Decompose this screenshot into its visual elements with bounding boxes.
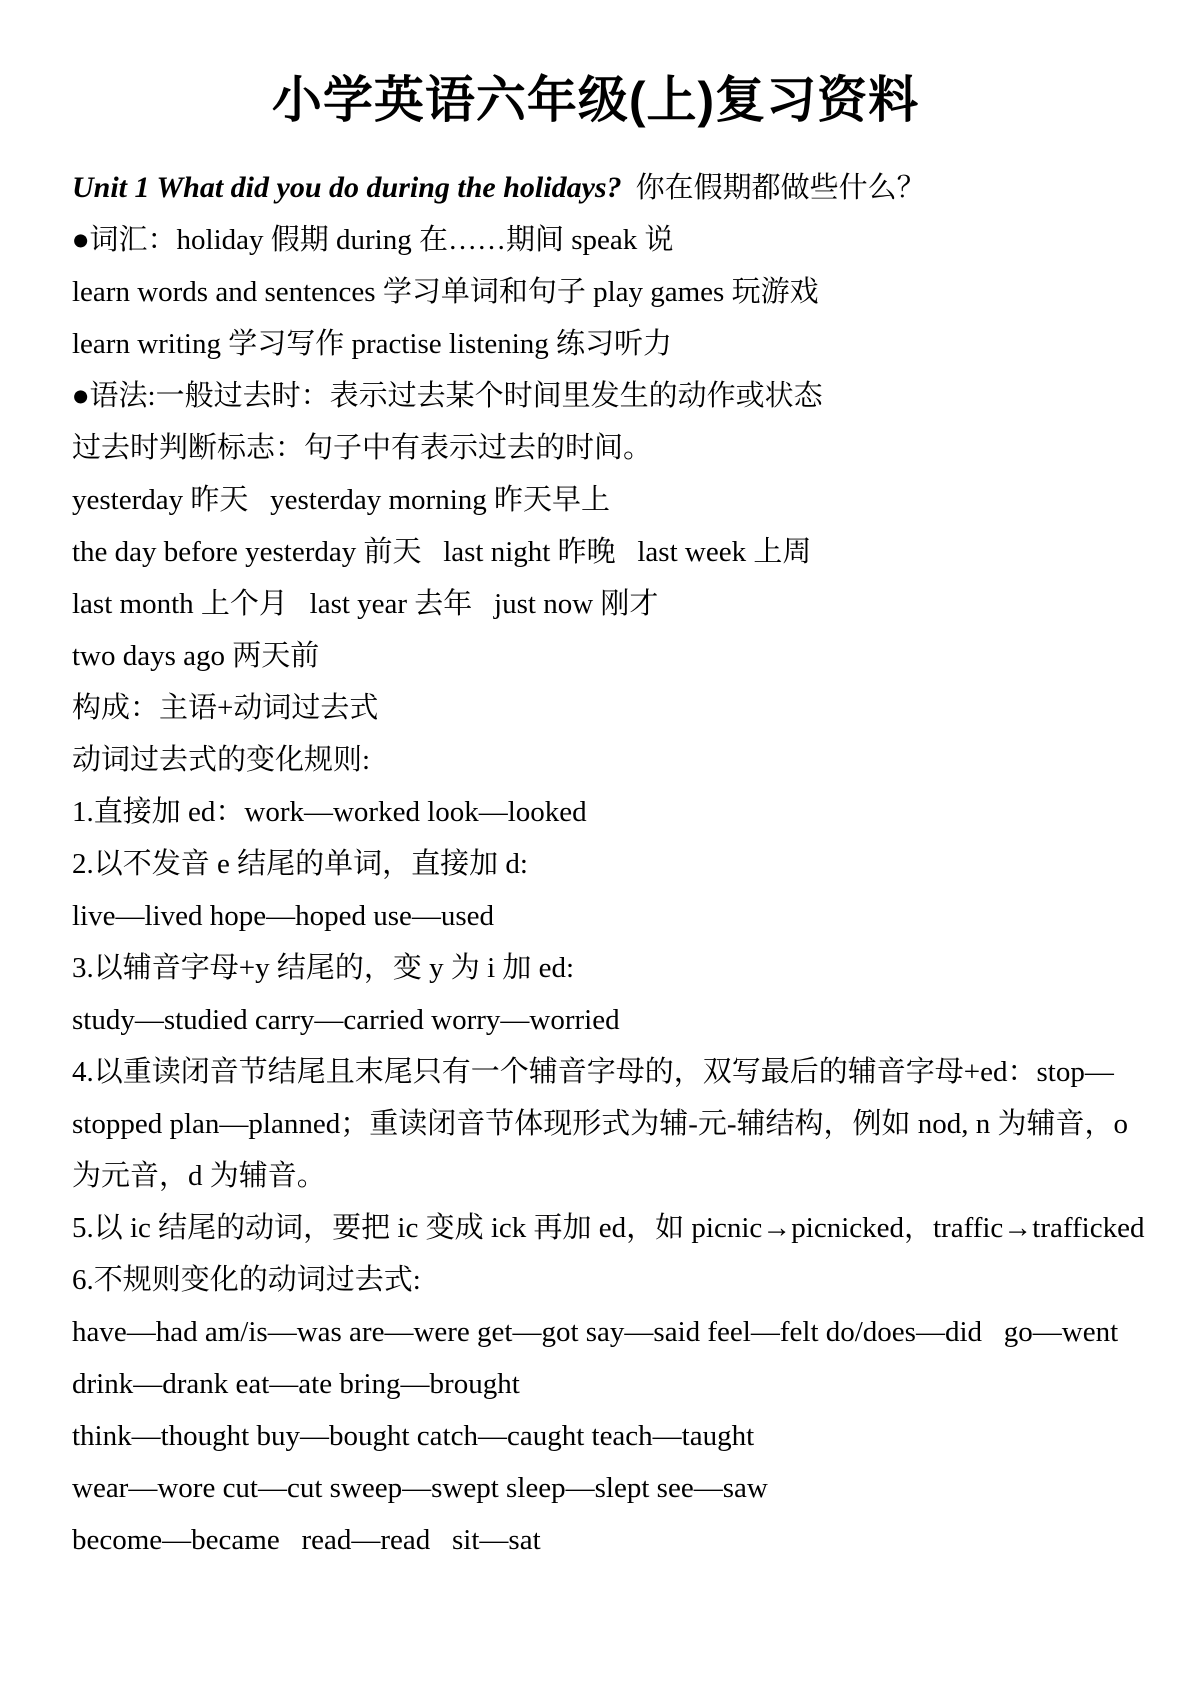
text-line-content: 2.以不发音 e 结尾的单词，直接加 d: — [72, 848, 528, 880]
text-line: live—lived hope—hoped use—used — [72, 890, 1143, 942]
text-line: 1.直接加 ed：work—worked look—looked — [72, 786, 1143, 838]
text-line-content: 语法:一般过去时：表示过去某个时间里发生的动作或状态 — [90, 380, 823, 412]
text-line-content: learn writing 学习写作 practise listening 练习… — [72, 328, 672, 360]
text-line: 5.以 ic 结尾的动词，要把 ic 变成 ick 再加 ed，如 picnic… — [72, 1202, 1143, 1254]
text-line-content: learn words and sentences 学习单词和句子 play g… — [72, 276, 819, 308]
text-line: 4.以重读闭音节结尾且末尾只有一个辅音字母的，双写最后的辅音字母+ed：stop… — [72, 1046, 1143, 1098]
text-line-content: last month 上个月 last year 去年 just now 刚才 — [72, 588, 658, 620]
text-line-content: wear—wore cut—cut sweep—swept sleep—slep… — [72, 1472, 768, 1504]
unit-heading-chinese: 你在假期都做些什么？ — [636, 172, 926, 204]
text-line: 过去时判断标志：句子中有表示过去的时间。 — [72, 422, 1143, 474]
text-line: wear—wore cut—cut sweep—swept sleep—slep… — [72, 1462, 1143, 1514]
text-line: yesterday 昨天 yesterday morning 昨天早上 — [72, 474, 1143, 526]
text-line: 3.以辅音字母+y 结尾的，变 y 为 i 加 ed: — [72, 942, 1143, 994]
text-line-content: 6.不规则变化的动词过去式: — [72, 1264, 421, 1296]
text-line-content: 1.直接加 ed：work—worked look—looked — [72, 796, 587, 828]
text-line: 2.以不发音 e 结尾的单词，直接加 d: — [72, 838, 1143, 890]
text-line: 为元音，d 为辅音。 — [72, 1150, 1143, 1202]
text-line: 构成：主语+动词过去式 — [72, 682, 1143, 734]
text-line: 动词过去式的变化规则: — [72, 734, 1143, 786]
text-line-content: 构成：主语+动词过去式 — [72, 692, 378, 724]
text-line: learn writing 学习写作 practise listening 练习… — [72, 318, 1143, 370]
text-line: study—studied carry—carried worry—worrie… — [72, 994, 1143, 1046]
text-line-content: have—had am/is—was are—were get—got say—… — [72, 1316, 1118, 1348]
unit-heading: Unit 1 What did you do during the holida… — [72, 162, 1143, 214]
text-line: 6.不规则变化的动词过去式: — [72, 1254, 1143, 1306]
text-line-content: think—thought buy—bought catch—caught te… — [72, 1420, 754, 1452]
text-line: have—had am/is—was are—were get—got say—… — [72, 1306, 1143, 1358]
text-line-content: yesterday 昨天 yesterday morning 昨天早上 — [72, 484, 610, 516]
document-title: 小学英语六年级(上)复习资料 — [0, 70, 1191, 130]
text-line: think—thought buy—bought catch—caught te… — [72, 1410, 1143, 1462]
text-line: drink—drank eat—ate bring—brought — [72, 1358, 1143, 1410]
bullet-icon: ● — [72, 369, 90, 424]
text-line-content: the day before yesterday 前天 last night 昨… — [72, 536, 811, 568]
text-line: ●语法:一般过去时：表示过去某个时间里发生的动作或状态 — [72, 370, 1143, 422]
bullet-icon: ● — [72, 213, 90, 268]
document-body: Unit 1 What did you do during the holida… — [0, 130, 1191, 1566]
text-line: become—became read—read sit—sat — [72, 1514, 1143, 1566]
text-line-content: 词汇：holiday 假期 during 在……期间 speak 说 — [90, 224, 674, 256]
text-line-content: 4.以重读闭音节结尾且末尾只有一个辅音字母的，双写最后的辅音字母+ed：stop… — [72, 1056, 1114, 1088]
text-line: the day before yesterday 前天 last night 昨… — [72, 526, 1143, 578]
document-page: 小学英语六年级(上)复习资料 Unit 1 What did you do du… — [0, 0, 1191, 1684]
text-line-content: study—studied carry—carried worry—worrie… — [72, 1004, 620, 1036]
text-line: ●词汇：holiday 假期 during 在……期间 speak 说 — [72, 214, 1143, 266]
text-line-content: become—became read—read sit—sat — [72, 1524, 541, 1556]
text-line: two days ago 两天前 — [72, 630, 1143, 682]
text-line: last month 上个月 last year 去年 just now 刚才 — [72, 578, 1143, 630]
text-line-content: drink—drank eat—ate bring—brought — [72, 1368, 520, 1400]
text-line-content: stopped plan—planned；重读闭音节体现形式为辅-元-辅结构，例… — [72, 1108, 1128, 1140]
text-line: stopped plan—planned；重读闭音节体现形式为辅-元-辅结构，例… — [72, 1098, 1143, 1150]
body-lines: ●词汇：holiday 假期 during 在……期间 speak 说learn… — [72, 214, 1143, 1566]
text-line-content: two days ago 两天前 — [72, 640, 319, 672]
unit-heading-english: Unit 1 What did you do during the holida… — [72, 171, 622, 204]
text-line-content: 3.以辅音字母+y 结尾的，变 y 为 i 加 ed: — [72, 952, 574, 984]
text-line-content: 为元音，d 为辅音。 — [72, 1160, 326, 1192]
text-line-content: live—lived hope—hoped use—used — [72, 900, 494, 932]
text-line-content: 5.以 ic 结尾的动词，要把 ic 变成 ick 再加 ed，如 picnic… — [72, 1212, 1144, 1244]
text-line-content: 过去时判断标志：句子中有表示过去的时间。 — [72, 432, 652, 464]
text-line-content: 动词过去式的变化规则: — [72, 744, 370, 776]
text-line: learn words and sentences 学习单词和句子 play g… — [72, 266, 1143, 318]
